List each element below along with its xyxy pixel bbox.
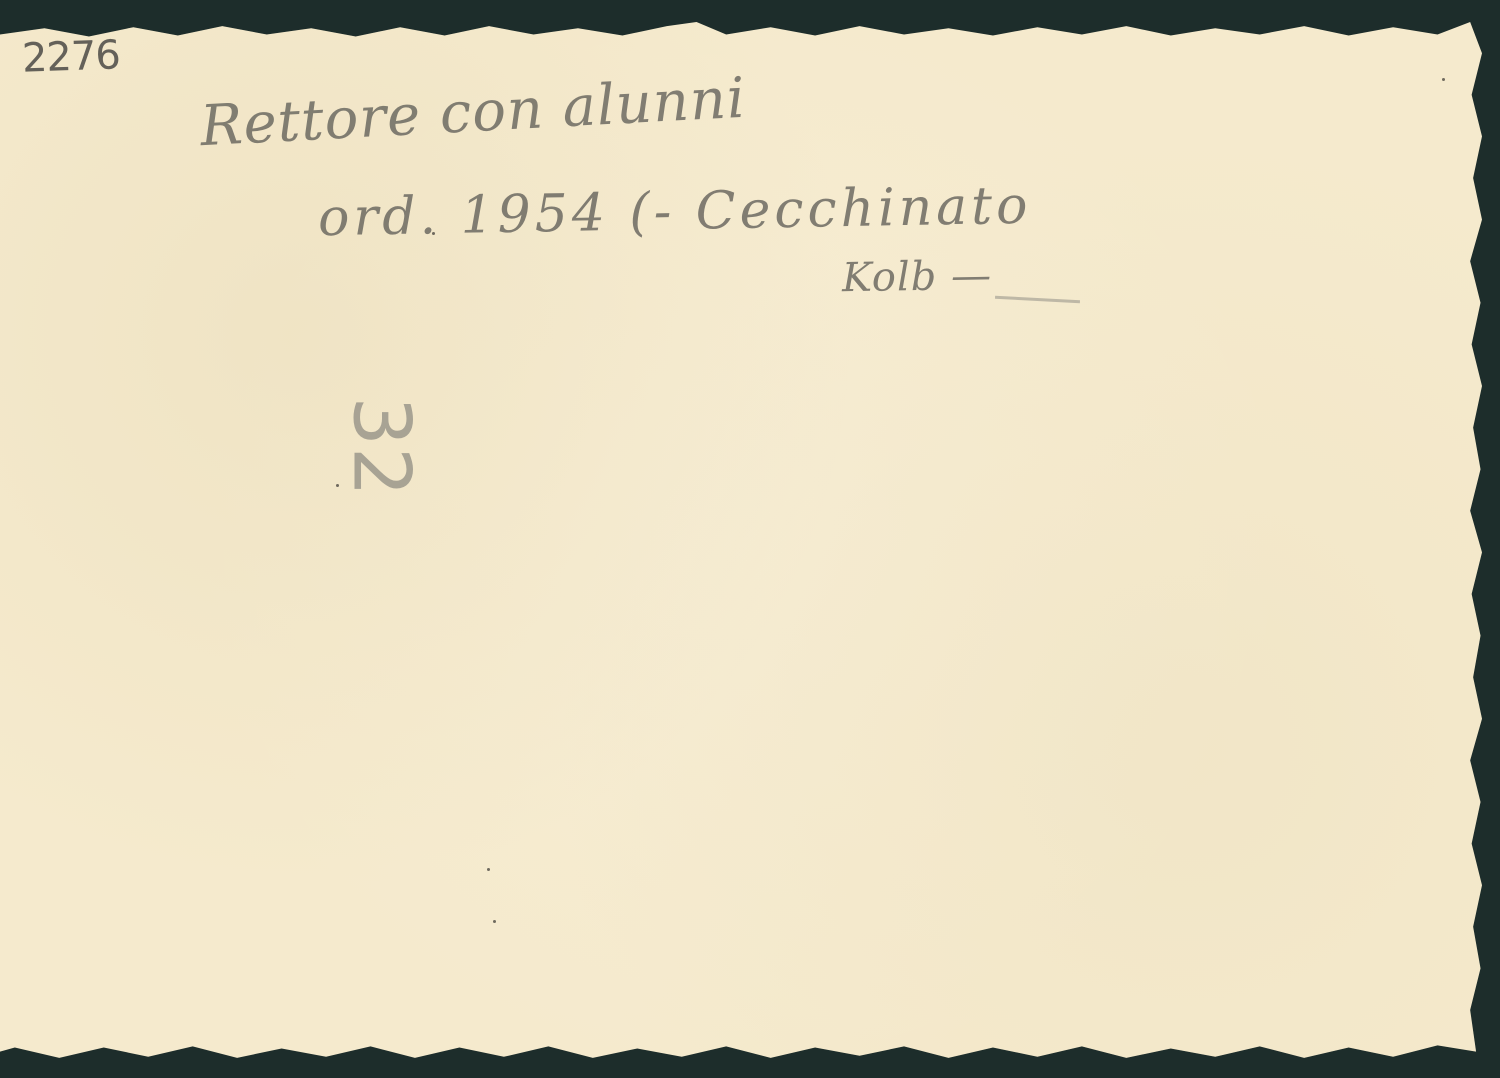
paper-speck [1442, 78, 1445, 81]
scan-background: 2276 Rettore con alunni ord. 1954 (- Cec… [0, 0, 1500, 1078]
inventory-number: 2276 [21, 32, 120, 81]
paper-speck [487, 868, 490, 871]
caption-line-3: Kolb — [842, 253, 993, 302]
rotated-side-mark: 32 [336, 396, 426, 497]
photo-back-paper: 2276 Rettore con alunni ord. 1954 (- Cec… [0, 22, 1482, 1062]
paper-speck [336, 484, 339, 487]
paper-speck [432, 232, 435, 235]
paper-speck [493, 920, 496, 923]
caption-line-1: Rettore con alunni [199, 66, 748, 159]
pencil-dash [995, 296, 1080, 303]
caption-line-2: ord. 1954 (- Cecchinato [318, 176, 1032, 248]
